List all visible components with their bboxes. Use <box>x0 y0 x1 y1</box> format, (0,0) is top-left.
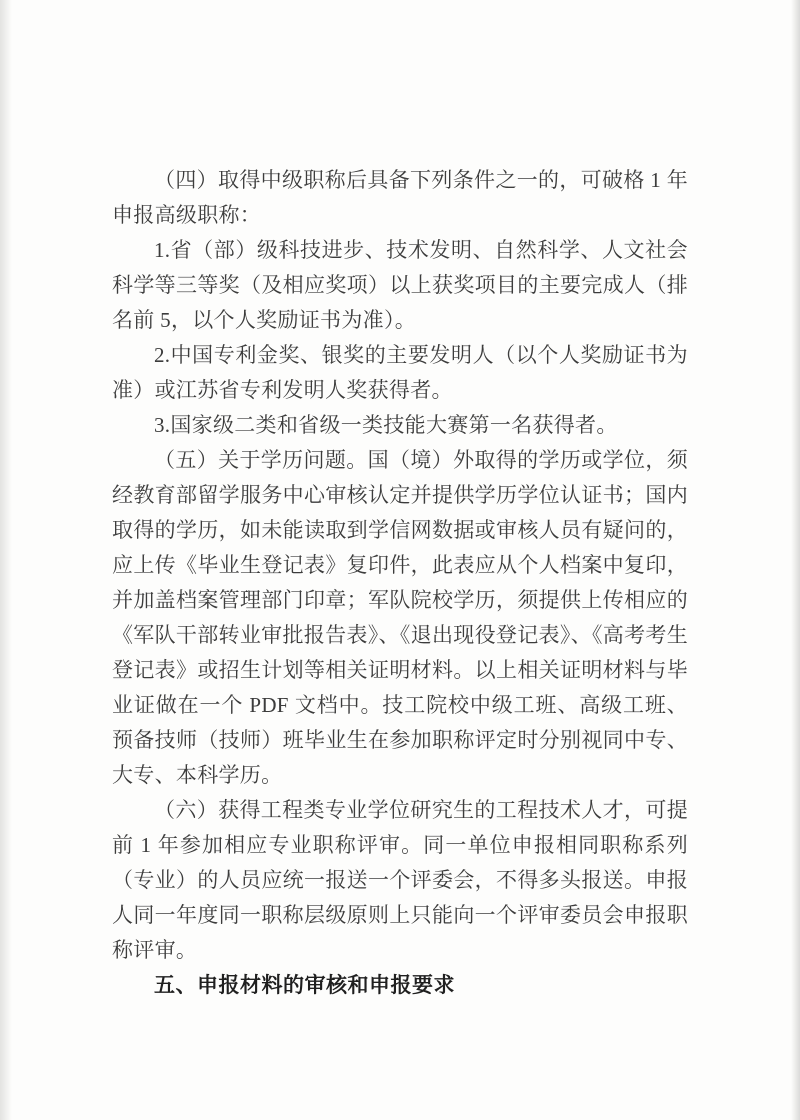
section-heading: 五、申报材料的审核和申报要求 <box>112 968 688 1003</box>
paragraph: 2.中国专利金奖、银奖的主要发明人（以个人奖励证书为准）或江苏省专利发明人奖获得… <box>112 338 688 408</box>
scan-edge-right <box>791 0 800 1120</box>
paragraph: （五）关于学历问题。国（境）外取得的学历或学位，须经教育部留学服务中心审核认定并… <box>112 443 688 793</box>
paragraph: 1.省（部）级科技进步、技术发明、自然科学、人文社会科学等三等奖（及相应奖项）以… <box>112 233 688 338</box>
paragraph: （六）获得工程类专业学位研究生的工程技术人才，可提前 1 年参加相应专业职称评审… <box>112 793 688 968</box>
scan-edge-left <box>0 0 12 1120</box>
paragraph: 3.国家级二类和省级一类技能大赛第一名获得者。 <box>112 408 688 443</box>
paragraph: （四）取得中级职称后具备下列条件之一的，可破格 1 年申报高级职称： <box>112 163 688 233</box>
document-page: （四）取得中级职称后具备下列条件之一的，可破格 1 年申报高级职称：1.省（部）… <box>0 0 800 1120</box>
document-body: （四）取得中级职称后具备下列条件之一的，可破格 1 年申报高级职称：1.省（部）… <box>112 163 688 1003</box>
